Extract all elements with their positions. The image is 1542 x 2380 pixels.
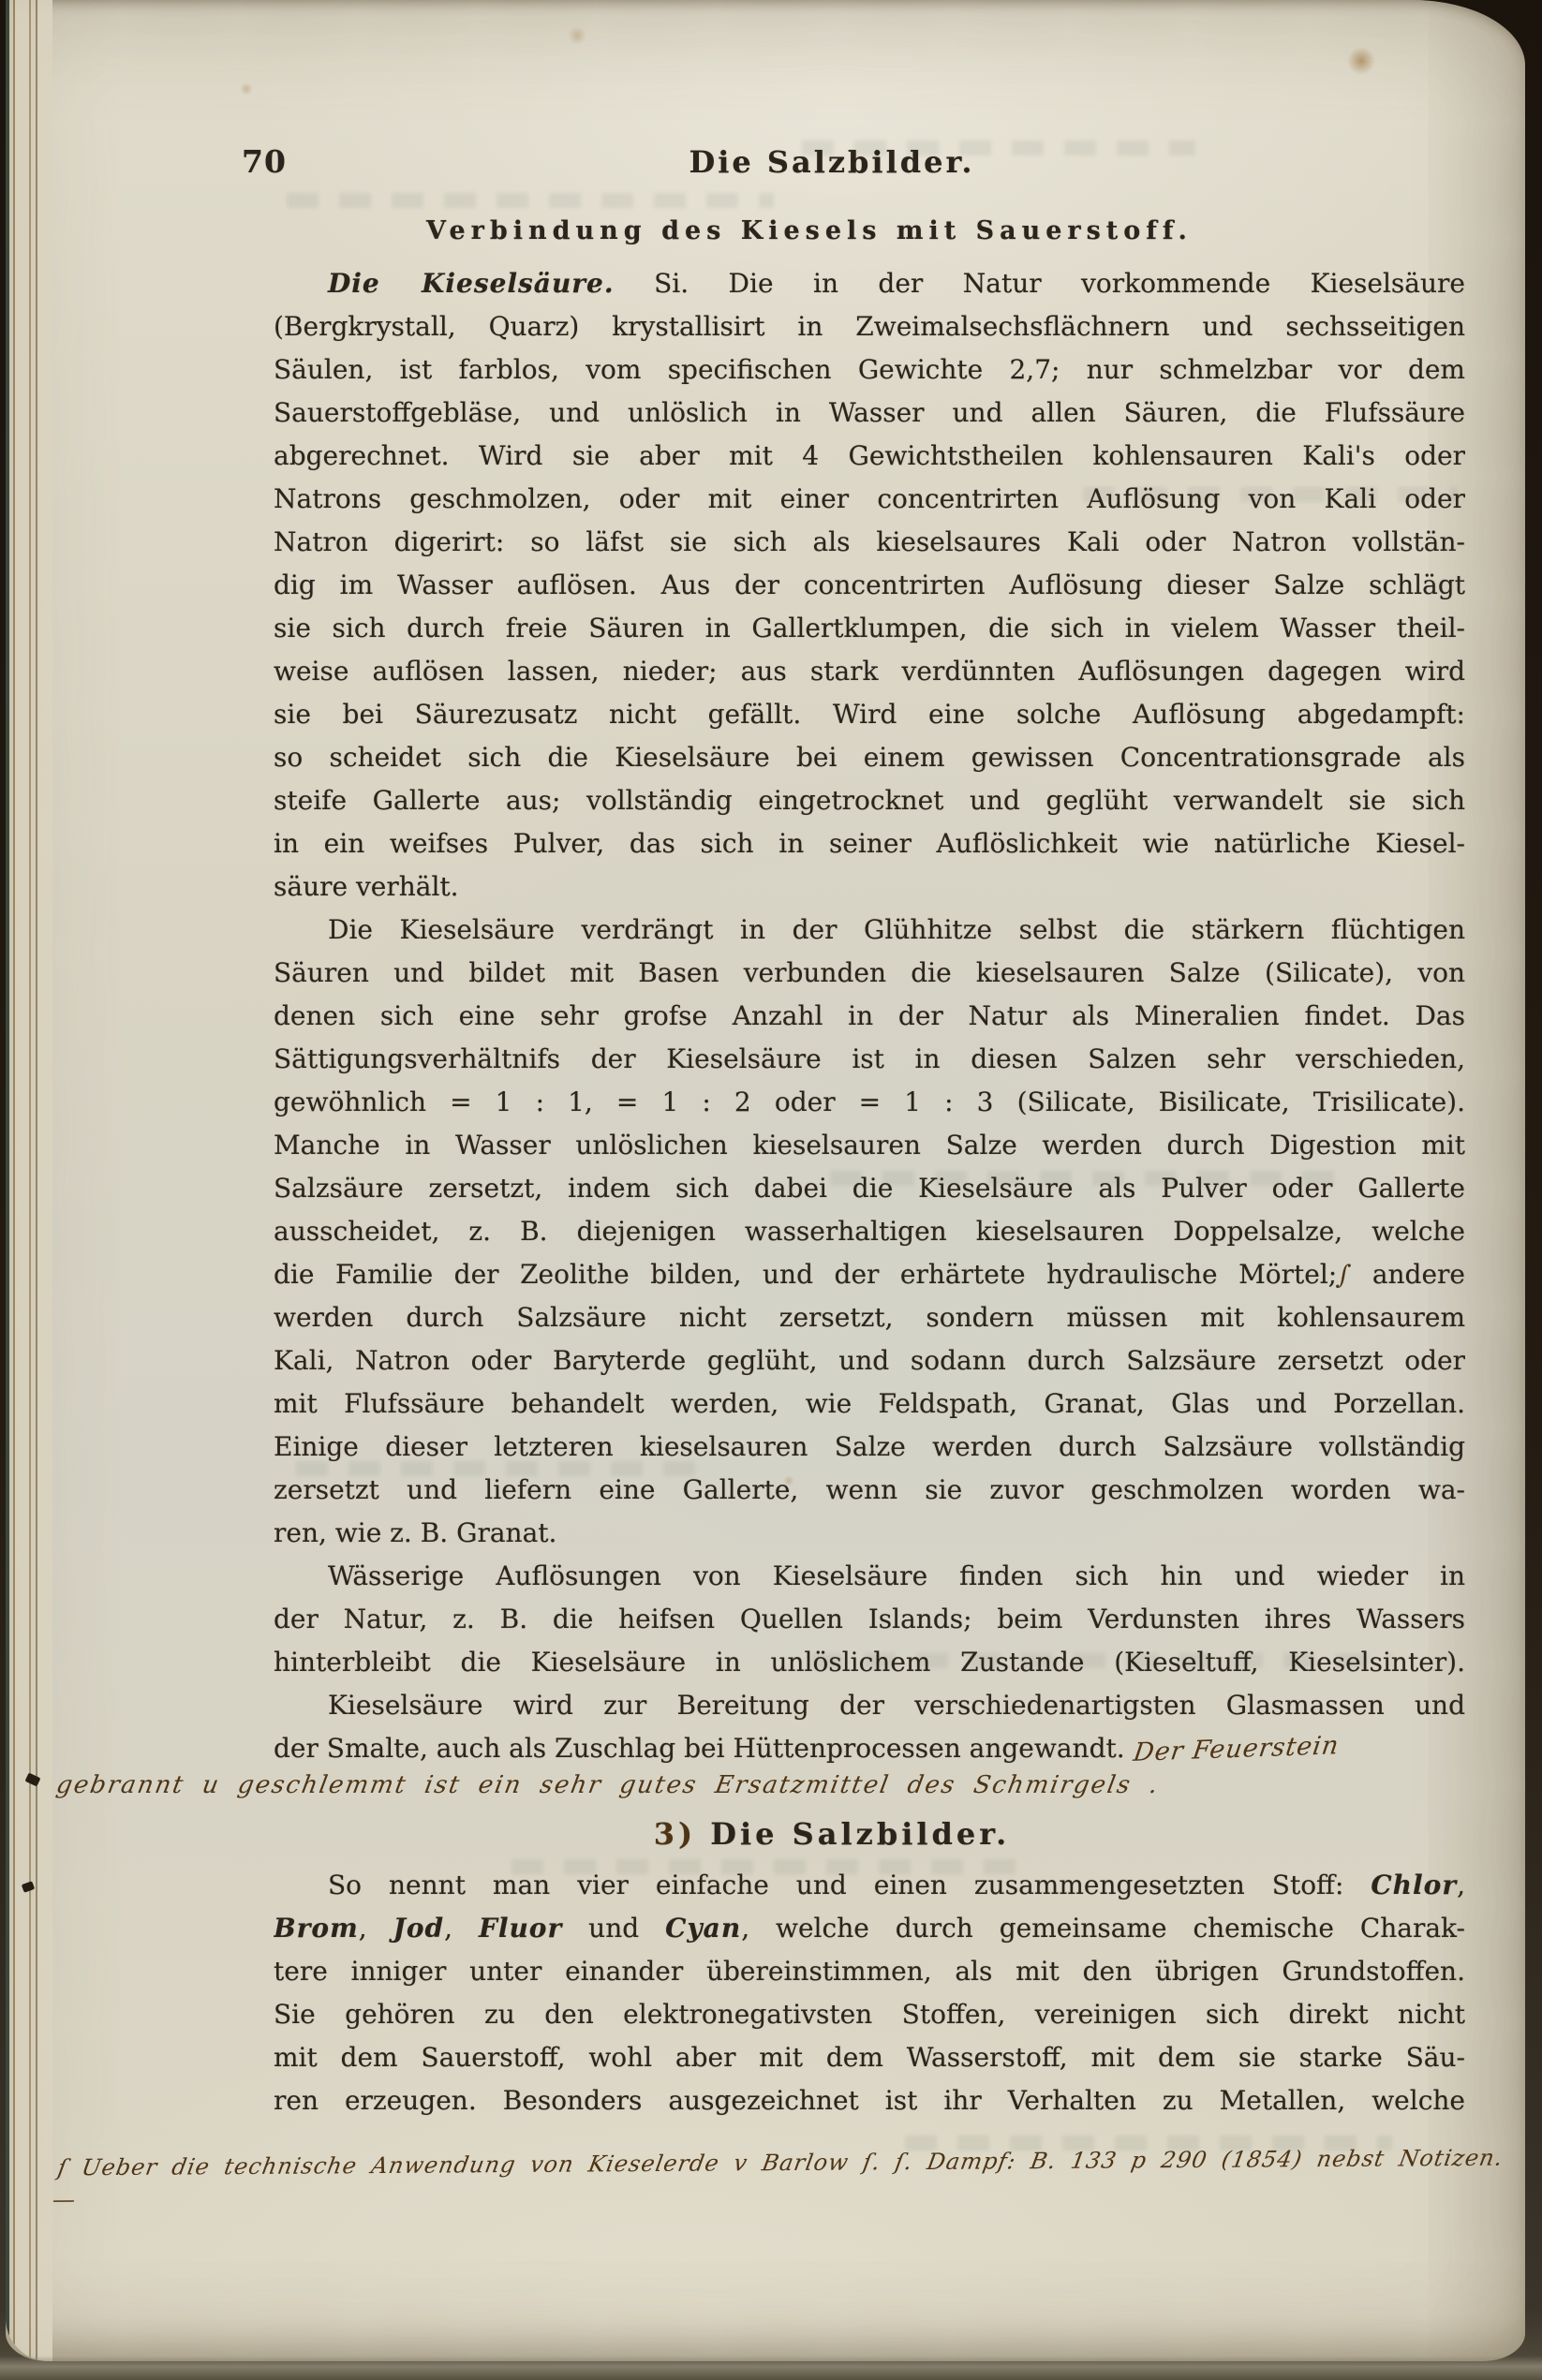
- text-segment: [615, 268, 654, 299]
- margin-note-handwritten: ſ Ueber die technische Anwendung von Kie…: [50, 2142, 1523, 2216]
- text-segment: andere: [1351, 1259, 1465, 1290]
- text-line: gewöhnlich = 1 : 1, = 1 : 2 oder = 1 : 3…: [274, 1081, 1465, 1124]
- text-line: Die Kieselsäure verdrängt in der Glühhit…: [274, 909, 1465, 952]
- text-line: tere inniger unter einander übereinstimm…: [274, 1950, 1465, 1993]
- text-segment: und: [562, 1913, 665, 1944]
- text-segment: Sauerstoffgebläse, und unlöslich in Wass…: [274, 397, 1465, 428]
- text-line: Manche in Wasser unlöslichen kieselsaure…: [274, 1124, 1465, 1167]
- section-heading-salzbilder: 3) Die Salzbilder.: [236, 1811, 1428, 1856]
- text-line: Salzsäure zersetzt, indem sich dabei die…: [274, 1167, 1465, 1210]
- text-segment: sie sich durch freie Säuren in Gallertkl…: [274, 613, 1465, 643]
- text-segment: ren, wie z. B. Granat.: [274, 1517, 556, 1548]
- text-segment: Säulen, ist farblos, vom specifischen Ge…: [274, 354, 1465, 385]
- text-segment: (Bergkrystall, Quarz) krystallisirt in Z…: [274, 311, 1465, 342]
- text-segment: denen sich eine sehr grofse Anzahl in de…: [274, 1000, 1465, 1031]
- paper-stain: [568, 26, 586, 45]
- text-line: Brom, Jod, Fluor und Cyan, welche durch …: [274, 1907, 1465, 1950]
- text-line: ren erzeugen. Besonders ausgezeichnet is…: [274, 2079, 1465, 2122]
- page-header: 70 Die Salzbilder.: [274, 140, 1465, 184]
- running-title: Die Salzbilder.: [199, 140, 1465, 184]
- text-segment: Kali, Natron oder Baryterde geglüht, und…: [274, 1345, 1465, 1376]
- text-segment: Cyan: [665, 1913, 741, 1944]
- text-line: Sättigungsverhältnifs der Kieselsäure is…: [274, 1038, 1465, 1081]
- text-line: in ein weifses Pulver, das sich in seine…: [274, 822, 1465, 865]
- text-line: mit Flufssäure behandelt werden, wie Fel…: [274, 1382, 1465, 1426]
- text-line: die Familie der Zeolithe bilden, und der…: [274, 1253, 1465, 1296]
- text-segment: , welche durch gemeinsame chemische Char…: [741, 1913, 1465, 1944]
- text-line: Natrons geschmolzen, oder mit einer conc…: [274, 478, 1465, 521]
- text-segment: Natron digerirt: so läfst sie sich als k…: [274, 526, 1465, 557]
- text-segment: So nennt man vier einfache und einen zus…: [328, 1870, 1371, 1900]
- text-segment: Salzsäure zersetzt, indem sich dabei die…: [274, 1173, 1465, 1204]
- book-scan: 70 Die Salzbilder. Verbindung des Kiesel…: [0, 0, 1542, 2380]
- text-column: 70 Die Salzbilder. Verbindung des Kiesel…: [274, 140, 1465, 2210]
- text-line: der Smalte, auch als Zuschlag bei Hütten…: [274, 1727, 1465, 1770]
- text-segment: werden durch Salzsäure nicht zersetzt, s…: [274, 1302, 1465, 1333]
- text-segment: Kieselsäure wird zur Bereitung der versc…: [328, 1690, 1465, 1721]
- text-line: So nennt man vier einfache und einen zus…: [274, 1864, 1465, 1907]
- text-segment: gewöhnlich = 1 : 1, = 1 : 2 oder = 1 : 3…: [274, 1087, 1465, 1117]
- text-segment: mit Flufssäure behandelt werden, wie Fel…: [274, 1388, 1465, 1419]
- body-text: Die Kieselsäure. ···Si. Die in der Natur…: [274, 262, 1465, 2210]
- text-segment: weise auflösen lassen, nieder; aus stark…: [274, 656, 1465, 687]
- text-segment: Chlor: [1371, 1870, 1457, 1900]
- text-segment: Natrons geschmolzen, oder mit einer conc…: [274, 483, 1465, 514]
- text-segment: Einige dieser letzteren kieselsauren Sal…: [274, 1431, 1465, 1462]
- text-line: werden durch Salzsäure nicht zersetzt, s…: [274, 1296, 1465, 1339]
- handwritten-annotation-line: gebrannt u geschlemmt ist ein sehr gutes…: [52, 1767, 1469, 1808]
- text-segment: sie bei Säurezusatz nicht gefällt. Wird …: [274, 699, 1465, 730]
- text-segment: die Familie der Zeolithe bilden, und der…: [274, 1259, 1337, 1290]
- paragraph: So nennt man vier einfache und einen zus…: [274, 1864, 1465, 2122]
- text-segment: steife Gallerte aus; vollständig eingetr…: [274, 785, 1465, 816]
- text-segment: der Natur, z. B. die heifsen Quellen Isl…: [274, 1604, 1465, 1634]
- text-segment: Sättigungsverhältnifs der Kieselsäure is…: [274, 1043, 1465, 1074]
- text-line: Die Kieselsäure. ···Si. Die in der Natur…: [274, 262, 1465, 305]
- text-segment: Sie gehören zu den elektronegativsten St…: [274, 1999, 1465, 2030]
- text-line: sie sich durch freie Säuren in Gallertkl…: [274, 607, 1465, 650]
- text-line: hinterbleibt die Kieselsäure in unlöslic…: [274, 1641, 1465, 1684]
- text-line: denen sich eine sehr grofse Anzahl in de…: [274, 995, 1465, 1038]
- text-line: säure verhält.: [274, 865, 1465, 909]
- paragraph: Kieselsäure wird zur Bereitung der versc…: [274, 1684, 1465, 1770]
- text-segment: tere inniger unter einander übereinstimm…: [274, 1956, 1465, 1987]
- paper-stain: [1347, 47, 1375, 75]
- text-line: dig im Wasser auflösen. Aus der concentr…: [274, 564, 1465, 607]
- text-line: Natron digerirt: so läfst sie sich als k…: [274, 521, 1465, 564]
- text-line: zersetzt und liefern eine Gallerte, wenn…: [274, 1469, 1465, 1512]
- text-line: mit dem Sauerstoff, wohl aber mit dem Wa…: [274, 2036, 1465, 2079]
- text-line: ausscheidet, z. B. diejenigen wasserhalt…: [274, 1210, 1465, 1253]
- text-segment: Die in der Natur vorkommende Kieselsäure: [689, 268, 1465, 299]
- text-line: steife Gallerte aus; vollständig eingetr…: [274, 779, 1465, 822]
- text-segment: Manche in Wasser unlöslichen kieselsaure…: [274, 1130, 1465, 1160]
- paragraph: Wässerige Auflösungen von Kieselsäure fi…: [274, 1555, 1465, 1684]
- handwritten-annotation: Der Feuerstein: [1130, 1727, 1342, 1770]
- text-line: Wässerige Auflösungen von Kieselsäure fi…: [274, 1555, 1465, 1598]
- text-segment: hinterbleibt die Kieselsäure in unlöslic…: [274, 1647, 1465, 1678]
- text-segment: Wässerige Auflösungen von Kieselsäure fi…: [328, 1560, 1465, 1591]
- text-line: (Bergkrystall, Quarz) krystallisirt in Z…: [274, 305, 1465, 348]
- text-line: Kali, Natron oder Baryterde geglüht, und…: [274, 1339, 1465, 1382]
- section-heading-kiesel-sauerstoff: Verbindung des Kiesels mit Sauerstoff.: [214, 210, 1405, 253]
- page-stack-edges: [6, 0, 52, 2361]
- text-segment: ,: [1457, 1870, 1465, 1900]
- text-segment: Jod: [393, 1913, 445, 1944]
- text-segment: abgerechnet. Wird sie aber mit 4 Gewicht…: [274, 440, 1465, 471]
- text-segment: Säuren und bildet mit Basen verbunden di…: [274, 957, 1465, 988]
- text-line: Säuren und bildet mit Basen verbunden di…: [274, 952, 1465, 995]
- text-segment: ,: [444, 1913, 479, 1944]
- text-segment: Die Salzbilder.: [710, 1816, 1010, 1852]
- text-line: abgerechnet. Wird sie aber mit 4 Gewicht…: [274, 435, 1465, 478]
- text-segment: der Smalte, auch als Zuschlag bei Hütten…: [274, 1733, 1134, 1764]
- paper-stain: [240, 82, 253, 96]
- chemical-formula-si: ···Si.: [654, 262, 689, 305]
- text-line: der Natur, z. B. die heifsen Quellen Isl…: [274, 1598, 1465, 1641]
- text-segment: zersetzt und liefern eine Gallerte, wenn…: [274, 1474, 1465, 1505]
- text-segment: Fluor: [479, 1913, 562, 1944]
- text-line: Säulen, ist farblos, vom specifischen Ge…: [274, 348, 1465, 392]
- text-segment: dig im Wasser auflösen. Aus der concentr…: [274, 569, 1465, 600]
- paragraph: Die Kieselsäure. ···Si. Die in der Natur…: [274, 262, 1465, 909]
- text-line: weise auflösen lassen, nieder; aus stark…: [274, 650, 1465, 693]
- text-segment: Die Kieselsäure verdrängt in der Glühhit…: [328, 914, 1465, 945]
- text-line: ren, wie z. B. Granat.: [274, 1512, 1465, 1555]
- text-line: Sie gehören zu den elektronegativsten St…: [274, 1993, 1465, 2036]
- text-line: so scheidet sich die Kieselsäure bei ein…: [274, 736, 1465, 779]
- text-line: Kieselsäure wird zur Bereitung der versc…: [274, 1684, 1465, 1727]
- text-segment: ren erzeugen. Besonders ausgezeichnet is…: [274, 2085, 1465, 2116]
- ink-numeral: 3): [654, 1816, 711, 1852]
- text-segment: Die Kieselsäure.: [328, 268, 615, 299]
- text-segment: säure verhält.: [274, 871, 459, 902]
- text-line: sie bei Säurezusatz nicht gefällt. Wird …: [274, 693, 1465, 736]
- text-line: Sauerstoffgebläse, und unlöslich in Wass…: [274, 392, 1465, 435]
- text-line: Einige dieser letzteren kieselsauren Sal…: [274, 1426, 1465, 1469]
- text-segment: ,: [359, 1913, 393, 1944]
- text-segment: so scheidet sich die Kieselsäure bei ein…: [274, 742, 1465, 773]
- text-segment: in ein weifses Pulver, das sich in seine…: [274, 828, 1465, 859]
- page-bottom-shadow: [0, 2356, 1542, 2380]
- text-segment: Brom: [274, 1913, 359, 1944]
- text-segment: ausscheidet, z. B. diejenigen wasserhalt…: [274, 1216, 1465, 1247]
- text-segment: mit dem Sauerstoff, wohl aber mit dem Wa…: [274, 2042, 1465, 2073]
- paragraph: Die Kieselsäure verdrängt in der Glühhit…: [274, 909, 1465, 1555]
